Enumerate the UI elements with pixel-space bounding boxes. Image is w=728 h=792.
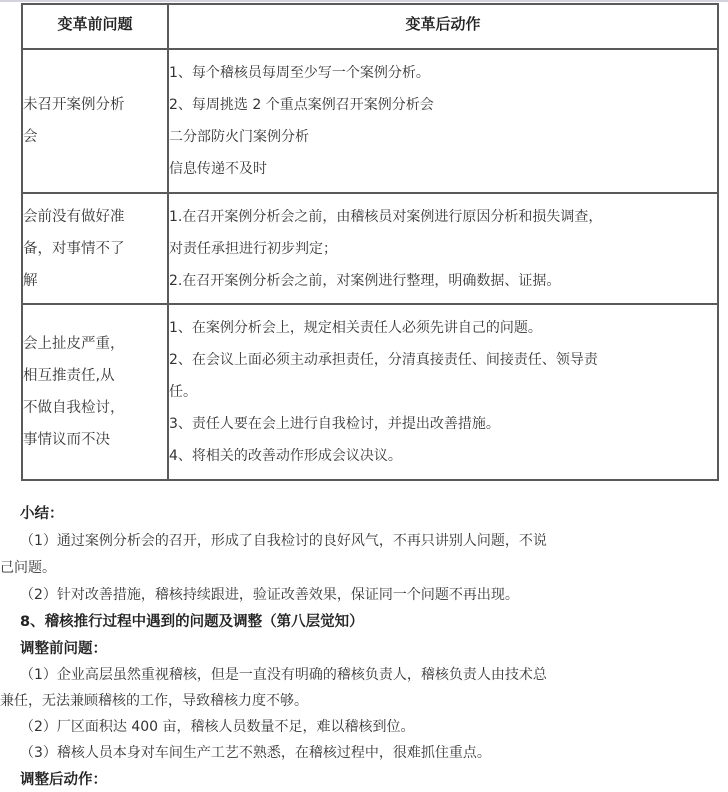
table-header-row: 变革前问题 变革后动作 [22, 4, 718, 49]
table-row: 未召开案例分析 会 1、每个稽核员每周至少写一个案例分析。 2、每周挑选 2 个… [22, 49, 718, 193]
summary-heading: 小结： [20, 502, 64, 523]
problem-text: 会上扯皮严重， [23, 328, 167, 360]
header-action-after: 变革后动作 [168, 4, 718, 49]
problem-cell: 会前没有做好准 备，对事情不了 解 [22, 193, 168, 304]
summary-item-2: （2）针对改善措施，稽核持续跟进，验证改善效果，保证同一个问题不再出现。 [20, 584, 519, 604]
action-cell: 1、在案例分析会上，规定相关责任人必须先讲自己的问题。 2、在会议上面必须主动承… [168, 304, 718, 480]
problem-cell: 会上扯皮严重， 相互推责任,从 不做自我检讨， 事情议而不决 [22, 304, 168, 480]
before-item-3: （3）稽核人员本身对车间生产工艺不熟悉，在稽核过程中，很难抓住重点。 [20, 742, 491, 762]
problem-text: 解 [23, 265, 167, 297]
action-text: 1.在召开案例分析会之前，由稽核员对案例进行原因分析和损失调查， [169, 201, 717, 233]
problem-text: 备，对事情不了 [23, 233, 167, 265]
header-problem-before: 变革前问题 [22, 4, 168, 49]
action-text: 4、将相关的改善动作形成会议决议。 [169, 440, 717, 472]
problem-text: 未召开案例分析 [23, 89, 167, 121]
summary-item-1-cont: 自己问题。 [0, 557, 56, 577]
table-row: 会前没有做好准 备，对事情不了 解 1.在召开案例分析会之前，由稽核员对案例进行… [22, 193, 718, 304]
action-text: 1、在案例分析会上，规定相关责任人必须先讲自己的问题。 [169, 312, 717, 344]
section-8-title: 8、稽核推行过程中遇到的问题及调整（第八层觉知） [20, 610, 364, 631]
top-divider [0, 0, 728, 2]
before-item-1: （1）企业高层虽然重视稽核，但是一直没有明确的稽核负责人，稽核负责人由技术总 [20, 664, 547, 684]
action-text: 对责任承担进行初步判定； [169, 233, 717, 265]
problem-text: 会前没有做好准 [23, 201, 167, 233]
problem-text: 相互推责任,从 [23, 360, 167, 392]
action-text: 3、责任人要在会上进行自我检讨，并提出改善措施。 [169, 408, 717, 440]
table-row: 会上扯皮严重， 相互推责任,从 不做自我检讨， 事情议而不决 1、在案例分析会上… [22, 304, 718, 480]
action-text: 信息传递不及时 [169, 153, 717, 185]
summary-item-1: （1）通过案例分析会的召开，形成了自我检讨的良好风气，不再只讲别人问题，不说 [20, 530, 547, 550]
action-cell: 1、每个稽核员每周至少写一个案例分析。 2、每周挑选 2 个重点案例召开案例分析… [168, 49, 718, 193]
problem-text: 会 [23, 121, 167, 153]
problem-text: 不做自我检讨， [23, 392, 167, 424]
action-text: 2、每周挑选 2 个重点案例召开案例分析会 [169, 89, 717, 121]
action-text: 2、在会议上面必须主动承担责任，分清真接责任、间接责任、领导责 [169, 344, 717, 376]
action-text: 二分部防火门案例分析 [169, 121, 717, 153]
action-cell: 1.在召开案例分析会之前，由稽核员对案例进行原因分析和损失调查， 对责任承担进行… [168, 193, 718, 304]
action-text: 1、每个稽核员每周至少写一个案例分析。 [169, 57, 717, 89]
action-text: 任。 [169, 376, 717, 408]
problem-cell: 未召开案例分析 会 [22, 49, 168, 193]
before-item-1-cont: 监兼任，无法兼顾稽核的工作，导致稽核力度不够。 [0, 690, 308, 710]
problem-text: 事情议而不决 [23, 424, 167, 456]
before-adjust-heading: 调整前问题： [20, 637, 107, 658]
after-adjust-heading: 调整后动作： [20, 768, 107, 789]
action-text: 2.在召开案例分析会之前，对案例进行整理，明确数据、证据。 [169, 265, 717, 297]
change-table: 变革前问题 变革后动作 未召开案例分析 会 1、每个稽核员每周至少写一个案例分析… [21, 3, 719, 481]
before-item-2: （2）厂区面积达 400 亩，稽核人员数量不足，难以稽核到位。 [20, 716, 415, 736]
